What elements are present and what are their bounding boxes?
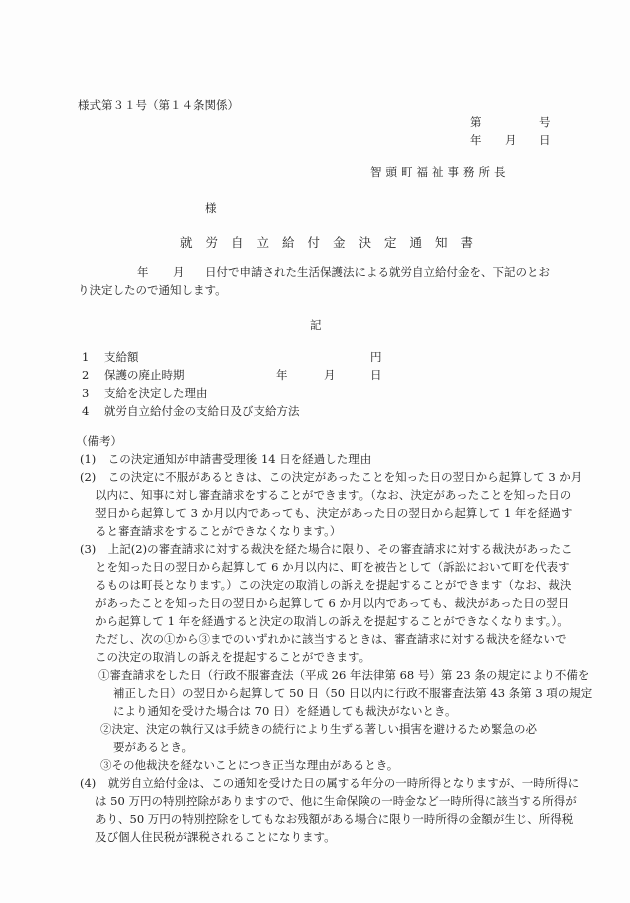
item-label: 保護の廃止時期	[104, 366, 185, 384]
date-month: 月	[505, 132, 517, 148]
remark-line: 要があるとき。	[113, 739, 193, 755]
remark-line: (1) この決定通知が申請書受理後 14 日を経過した理由	[80, 451, 371, 467]
intro-line2: り決定したので通知します。	[78, 282, 227, 298]
form-number: 様式第３１号（第１４条関係）	[78, 97, 239, 113]
remark-line: 及び個人住民税が課税されることになります。	[95, 829, 336, 845]
remark-line: があったことを知った日の翌日から起算して 6 か月以内であっても、裁決があった日…	[95, 595, 569, 611]
issuer: 智頭町福祉事務所長	[370, 164, 510, 180]
remark-line: 補正した日）の翌日から起算して 50 日（50 日以内に行政不服審査法第 43 …	[113, 685, 592, 701]
intro-line1: 日付で申請された生活保護法による就労自立給付金を、下記のとお	[205, 264, 550, 280]
remark-line: (2) この決定に不服があるときは、この決定があったことを知った日の翌日から起算…	[80, 469, 582, 485]
item-year: 年	[276, 366, 288, 384]
remarks-heading: （備考）	[76, 433, 122, 449]
date-year: 年	[470, 132, 482, 148]
remark-line: (3) 上記(2)の審査請求に対する裁決を経た場合に限り、その審査請求に対する裁…	[80, 541, 572, 557]
remark-line: ①審査請求をした日（行政不服審査法（平成 26 年法律第 68 号）第 23 条…	[98, 667, 589, 683]
item-number: 1	[82, 348, 89, 366]
doc-number-suffix: 号	[539, 114, 551, 130]
item-label: 支給を決定した理由	[104, 384, 208, 402]
intro-month: 月	[173, 264, 185, 280]
recipient-suffix: 様	[205, 200, 217, 216]
item-label: 支給額	[104, 348, 139, 366]
doc-number-prefix: 第	[470, 114, 482, 130]
remark-line: とを知った日の翌日から起算して 6 か月以内に、町を被告として（訴訟において町を…	[95, 559, 570, 575]
ki-heading: 記	[310, 317, 322, 333]
remark-line: るものは町長となります。）この決定の取消しの訴えを提起することができます（なお、…	[95, 577, 571, 593]
remark-line: ると審査請求をすることができなくなります。）	[95, 523, 341, 539]
item-yen: 円	[370, 348, 382, 366]
item-month: 月	[324, 366, 336, 384]
remark-line: あり、50 万円の特別控除をしてもなお残額がある場合に限り一時所得の金額が生じ、…	[95, 811, 573, 827]
item-number: 4	[82, 402, 89, 420]
remark-line: ③その他裁決を経ないことにつき正当な理由があるとき。	[100, 757, 398, 773]
intro-year: 年	[137, 264, 149, 280]
page-title: 就労自立給付金決定通知書	[180, 233, 486, 251]
remark-line: 以内に、知事に対し審査請求をすることができます。（なお、決定があったことを知った…	[95, 487, 571, 503]
remark-line: この決定の取消しの訴えを提起することができます。	[95, 649, 370, 665]
item-number: 2	[82, 366, 89, 384]
remark-line: により通知を受けた場合は 70 日）を経過しても裁決がないとき。	[113, 703, 456, 719]
item-day: 日	[370, 366, 382, 384]
remark-line: (4) 就労自立給付金は、この通知を受けた日の属する年分の一時所得となりますが、…	[80, 775, 579, 791]
remark-line: ただし、次の①から③までのいずれかに該当するときは、審査請求に対する裁決を経ない…	[95, 631, 567, 647]
remark-line: ②決定、決定の執行又は手続きの続行により生ずる著しい損害を避けるため緊急の必	[100, 721, 537, 737]
remark-line: から起算して 1 年を経過すると決定の取消しの訴えを提起することができなくなりま…	[95, 613, 569, 629]
remark-line: 翌日から起算して 3 か月以内であっても、決定があった日の翌日から起算して 1 …	[95, 505, 573, 521]
item-label: 就労自立給付金の支給日及び支給方法	[104, 402, 300, 420]
date-day: 日	[539, 132, 551, 148]
item-number: 3	[82, 384, 89, 402]
remark-line: は 50 万円の特別控除がありますので、他に生命保険の一時金など一時所得に該当す…	[95, 793, 577, 809]
